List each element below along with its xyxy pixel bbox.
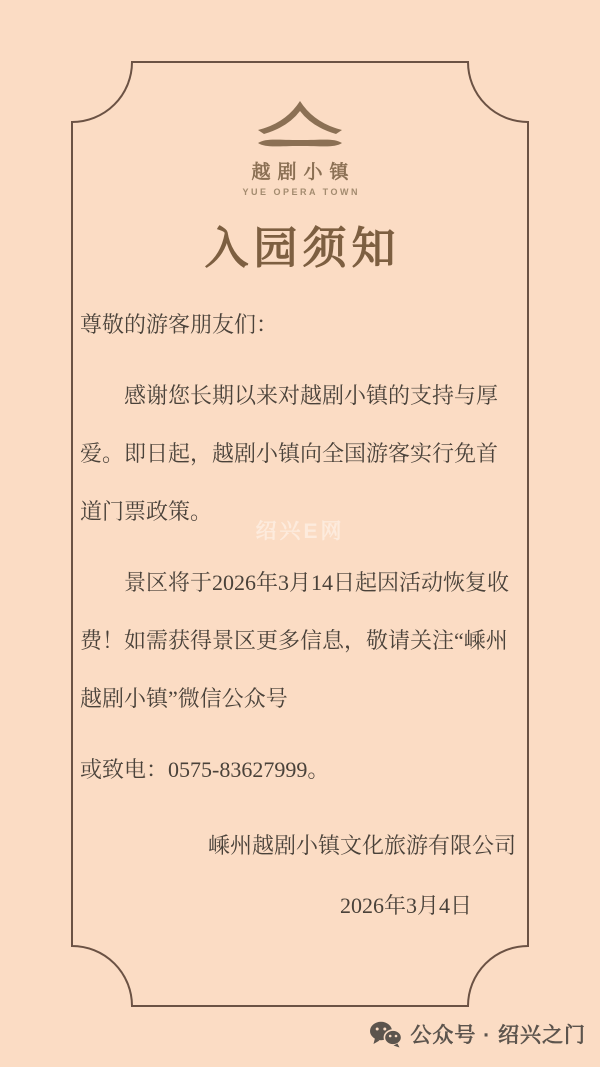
page-title: 入园须知 <box>0 212 600 276</box>
footer-watermark-text: 公众号 · 绍兴之门 <box>410 1019 586 1049</box>
logo-title-en: YUE OPERA TOWN <box>0 187 600 197</box>
phone-line: 或致电：0575-83627999。 <box>80 741 516 799</box>
notice-poster: 越剧小镇 YUE OPERA TOWN 入园须知 尊敬的游客朋友们： 感谢您长期… <box>0 0 600 1067</box>
wechat-icon <box>369 1020 402 1048</box>
footer-watermark: 公众号 · 绍兴之门 <box>369 1019 586 1049</box>
paragraph-resume-fee: 景区将于2026年3月14日起因活动恢复收费！如需获得景区更多信息，敬请关注“嵊… <box>80 554 516 728</box>
salutation: 尊敬的游客朋友们： <box>80 296 516 354</box>
logo-title-cn: 越剧小镇 <box>0 157 600 184</box>
center-watermark: 绍兴E网 <box>0 515 600 545</box>
signature-company: 嵊州越剧小镇文化旅游有限公司 <box>208 829 516 860</box>
logo: 越剧小镇 YUE OPERA TOWN <box>0 96 600 197</box>
signature-date: 2026年3月4日 <box>340 889 472 920</box>
notice-body: 尊敬的游客朋友们： 感谢您长期以来对越剧小镇的支持与厚爱。即日起，越剧小镇向全国… <box>80 296 516 812</box>
pavilion-roof-icon <box>256 96 344 148</box>
